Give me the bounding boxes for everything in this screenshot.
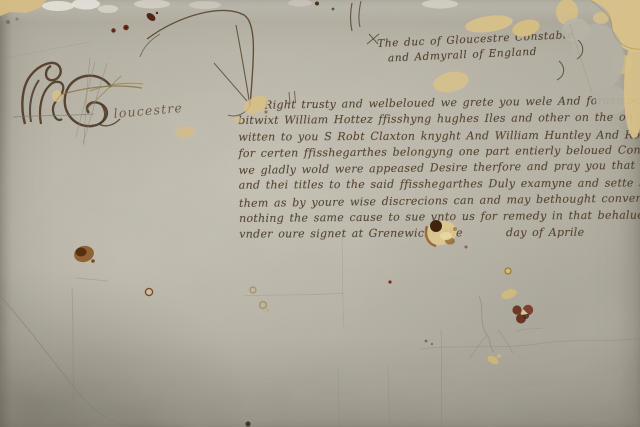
manuscript-line: witten to you S Robt Claxton knyght And …: [238, 127, 640, 146]
letter-body-text: Right trusty and welbeloued we grete you…: [238, 93, 640, 243]
manuscript-photo: { "letter": { "heading": { "line1": "The…: [0, 0, 640, 427]
manuscript-line: vnder oure signet at Grenewiche the day …: [239, 225, 640, 244]
